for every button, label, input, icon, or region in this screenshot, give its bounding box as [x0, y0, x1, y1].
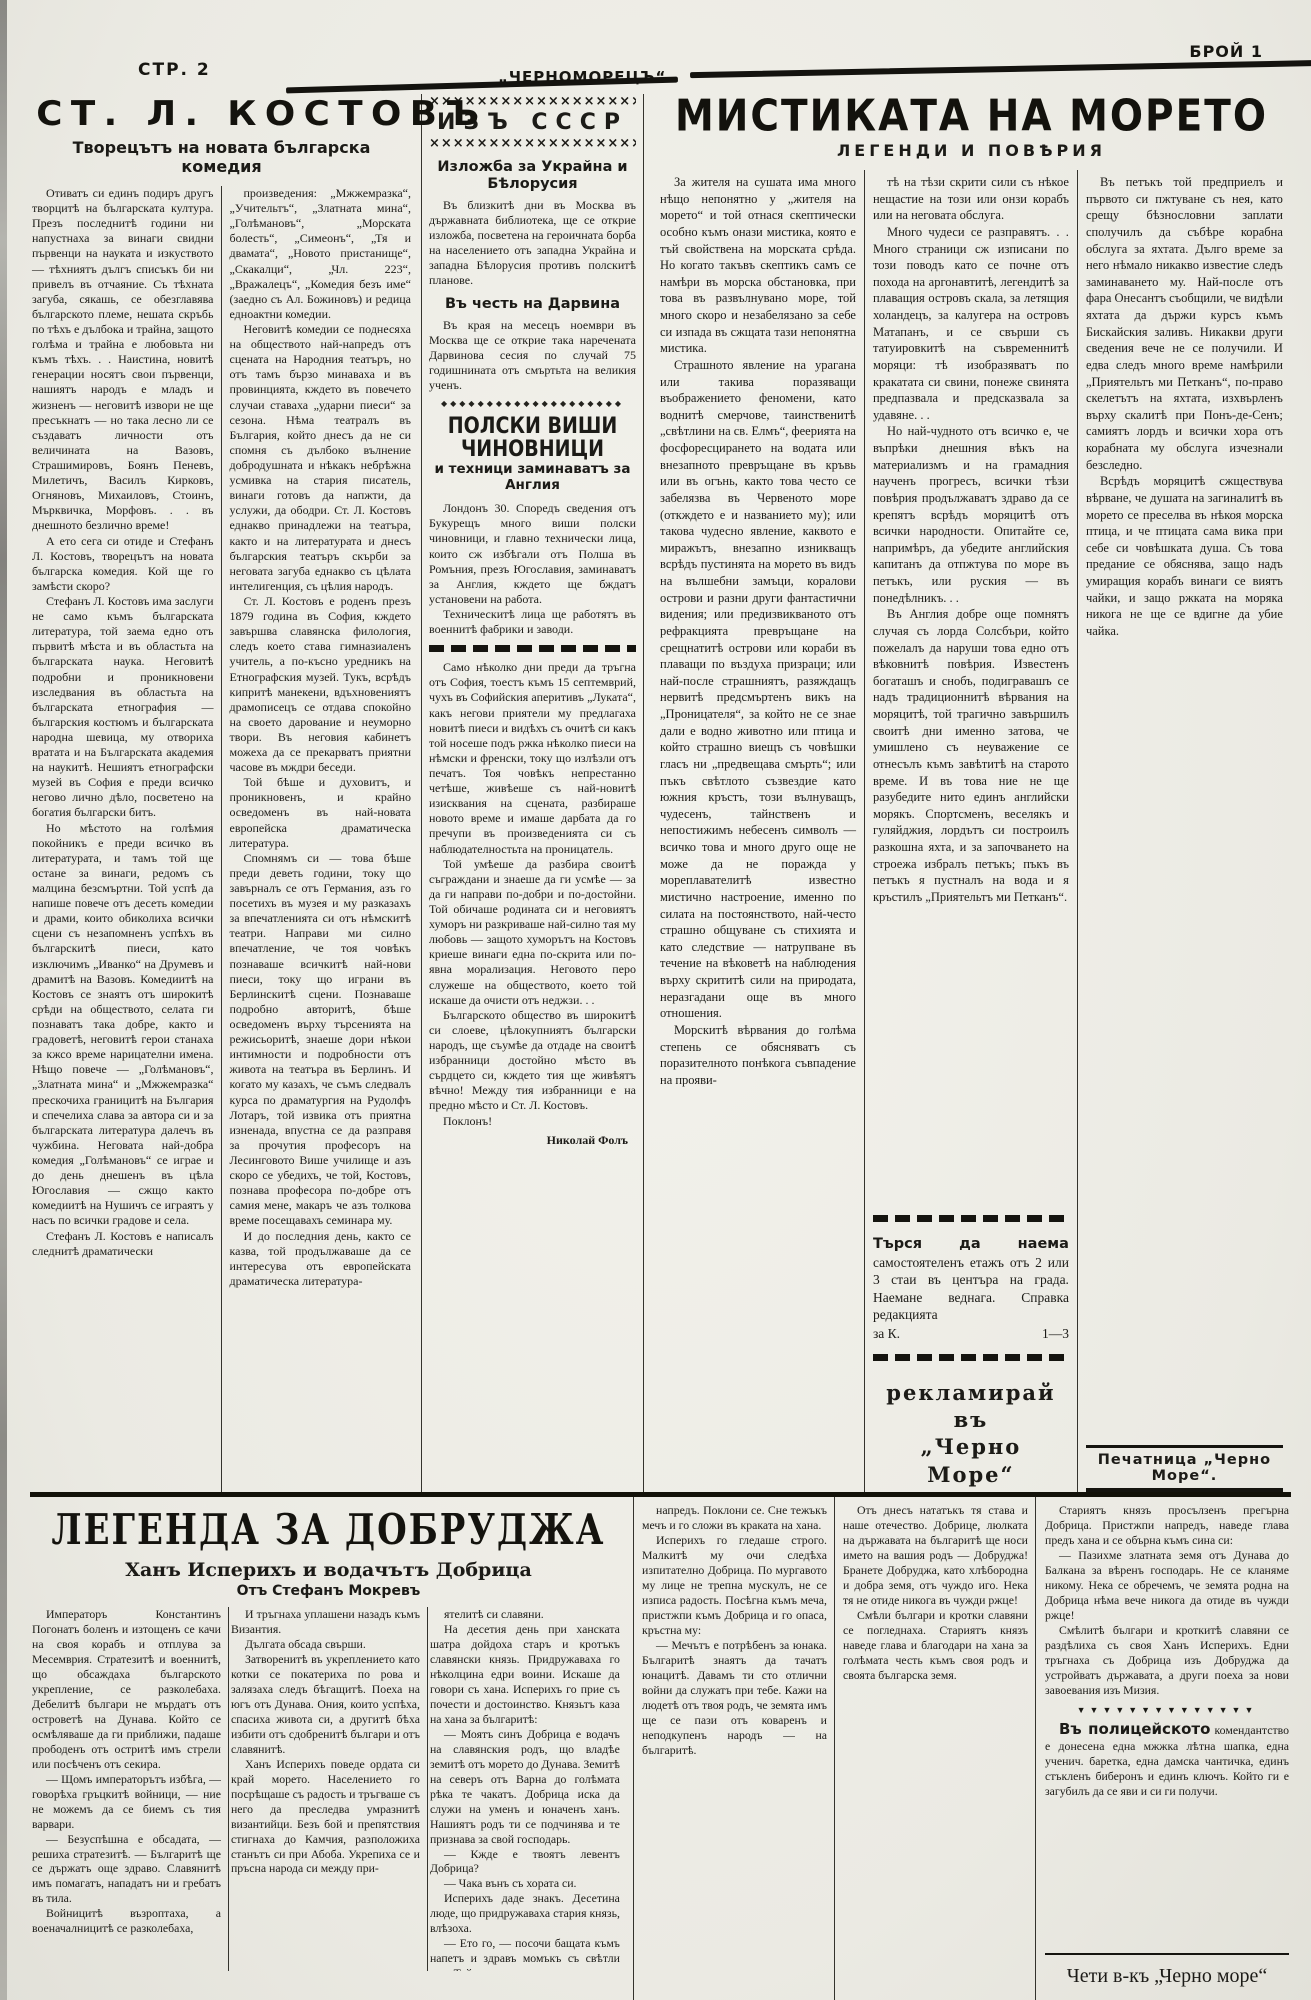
paragraph: Дългата обсада свърши.: [231, 1637, 420, 1652]
kostov-article-title: СТ. Л. КОСТОВЪ: [30, 94, 432, 134]
paragraph: Ст. Л. Костовъ е роденъ презъ 1879 годин…: [230, 594, 412, 775]
paragraph: Въ края на месецъ ноември въ Москва ще с…: [429, 318, 636, 394]
paragraph: Неговитѣ комедии се поднесяха на обществ…: [230, 322, 412, 594]
paragraph: напредъ. Поклони се. Сне тежъкъ мечъ и г…: [642, 1503, 827, 1533]
paragraph: Всрѣдъ моряцитѣ сжществува вѣрване, че д…: [1086, 473, 1283, 639]
article-kostov: СТ. Л. КОСТОВЪ Творецътъ на новата бълга…: [30, 94, 422, 1492]
legenda-right: напредъ. Поклони се. Сне тежъкъ мечъ и г…: [633, 1497, 1035, 2000]
paragraph: И тръгнаха уплашени назадъ къмъ Византия…: [231, 1607, 420, 1637]
bottom-section: ЛЕГЕНДА ЗА ДОБРУДЖА Ханъ Исперихъ и вода…: [30, 1492, 1291, 2000]
legenda-article-title: ЛЕГЕНДА ЗА ДОБРУДЖА: [30, 1495, 627, 1555]
advertise-promo: рекламирай въ „Черно Море“: [873, 1369, 1069, 1492]
paragraph: Но мѣстото на голѣмия покойникъ е преди …: [32, 821, 214, 1229]
ad-body: самостоятеленъ етажъ отъ 2 или 3 стаи въ…: [873, 1255, 1069, 1323]
paragraph: Спомнямъ си — това бѣше преди деветь год…: [230, 851, 412, 1229]
paragraph: — Мечътъ е потрѣбенъ за юнака. Българитѣ…: [642, 1638, 827, 1758]
ussr-item1-body: Въ близкитѣ дни въ Москва въ държавната …: [429, 198, 636, 289]
ussr-item2-body: Въ края на месецъ ноември въ Москва ще с…: [429, 318, 636, 394]
legenda-column-6: Стариятъ князъ просълзенъ прегърна Добри…: [1045, 1503, 1289, 1698]
promo-line-2: „Черно Море“: [873, 1433, 1069, 1488]
kostov-continuation: Само нѣколко дни преди да тръгна отъ Соф…: [429, 660, 636, 1113]
ad-lead: Търся да наема: [873, 1236, 1069, 1252]
paragraph: тѣ на тѣзи скрити сили съ нѣкое нещастие…: [873, 174, 1069, 224]
ad-last-line: за К. 1—3: [873, 1326, 1069, 1346]
paragraph: Само нѣколко дни преди да тръгна отъ Соф…: [429, 660, 636, 856]
paragraph: Въ петъкъ той предприелъ и първото си пж…: [1086, 174, 1283, 473]
paragraph: Той бѣше и духовитъ, и проникновенъ, и к…: [230, 775, 412, 851]
paragraph: Смѣлитѣ българи и кроткитѣ славяни се ра…: [1045, 1623, 1289, 1698]
paragraph: Исперихъ го гледаше строго. Малкитѣ му о…: [642, 1533, 827, 1638]
masthead-rule-right: [690, 60, 1311, 78]
paragraph: Отъ днесъ нататъкъ тя става и наше отече…: [843, 1503, 1028, 1608]
paragraph: Смѣли българи и кротки славяни се поглед…: [843, 1608, 1028, 1683]
ad-border-bottom: [873, 1354, 1069, 1361]
kostov-column-2: произведения: „Мжжемразка“, „Учительтъ“,…: [222, 186, 414, 1492]
paragraph: — Моятъ синъ Добрица е водачъ на славянс…: [430, 1727, 620, 1847]
kostov-columns: Отиватъ си единъ подиръ другъ творцитѣ н…: [30, 186, 413, 1492]
scan-edge-artifact: [0, 0, 7, 2000]
top-section: СТ. Л. КОСТОВЪ Творецътъ на новата бълга…: [30, 94, 1291, 1492]
mistika-column-1-text: За жителя на сушата има много нѣщо непон…: [660, 174, 856, 1088]
police-notice: Въ полицейското комендантство е донесена…: [1045, 1720, 1289, 1799]
legenda-columns: Императоръ Константинъ Погонатъ боленъ и…: [30, 1607, 627, 1971]
ad-contact: за К.: [873, 1326, 900, 1342]
issue-number-label: БРОЙ 1: [1189, 42, 1263, 61]
paragraph: Морскитѣ вѣрвания до голѣма степень се о…: [660, 1022, 856, 1089]
column-ussr: ×××××××××××××××××× ИЗЪ СССР ××××××××××××…: [422, 94, 644, 1492]
ad-code: 1—3: [1042, 1326, 1069, 1342]
page-number-label: СТР. 2: [138, 60, 211, 80]
triangle-divider: ▼▼▼▼▼▼▼▼▼▼▼▼▼▼: [1045, 1698, 1289, 1720]
paragraph: Войницитѣ възроптаха, а военачалницитѣ с…: [32, 1906, 221, 1936]
kostov-signoff: Поклонъ!: [429, 1114, 636, 1129]
legenda-column-3: ятелитѣ си славяни.На десетия день при х…: [428, 1607, 627, 1971]
kostov-column-1: Отиватъ си единъ подиръ другъ творцитѣ н…: [30, 186, 222, 1492]
paragraph: Въ Англия добре още помнятъ случая съ ло…: [873, 606, 1069, 905]
paragraph: Страшното явление на урагана или такива …: [660, 357, 856, 1022]
mistika-article-subtitle: ЛЕГЕНДИ И ПОВѢРИЯ: [652, 139, 1291, 170]
polski-article-subtitle: и техници заминаватъ за Англия: [429, 458, 636, 501]
paragraph: Българското общество въ широкитѣ си слое…: [429, 1008, 636, 1114]
bottom-right-column: Стариятъ князъ просълзенъ прегърна Добри…: [1035, 1497, 1291, 2000]
paragraph: Техническитѣ лица ще работятъ въ военнит…: [429, 607, 636, 637]
masthead: СТР. 2 „ЧЕРНОМОРЕЦЪ“ БРОЙ 1: [30, 42, 1291, 94]
newspaper-page: СТР. 2 „ЧЕРНОМОРЕЦЪ“ БРОЙ 1 СТ. Л. КОСТО…: [0, 0, 1311, 2000]
ussr-box-border-bottom: ××××××××××××××××××: [429, 136, 636, 151]
ad-text: Търся да наема самостоятеленъ етажъ отъ …: [873, 1230, 1069, 1326]
kostov-signature: Николай Фолъ: [429, 1129, 636, 1148]
legenda-column-5: Отъ днесъ нататъкъ тя става и наше отече…: [834, 1497, 1035, 2000]
article-mistika: МИСТИКАТА НА МОРЕТО ЛЕГЕНДИ И ПОВѢРИЯ За…: [644, 94, 1291, 1492]
paragraph: Той умѣеше да разбира своитѣ съграждани …: [429, 857, 636, 1008]
paragraph: ятелитѣ си славяни.: [430, 1607, 620, 1622]
paragraph: Стефанъ Л. Костовъ има заслуги не само к…: [32, 594, 214, 821]
paragraph: И до последния день, както се казва, той…: [230, 1229, 412, 1289]
mistika-column-1: За жителя на сушата има много нѣщо непон…: [652, 170, 865, 1492]
paragraph: Лондонъ 30. Споредъ сведения отъ Букурещ…: [429, 501, 636, 607]
mistika-column-3: Въ петъкъ той предприелъ и първото си пж…: [1078, 170, 1291, 1492]
kostov-article-subtitle: Творецътъ на новата българска комедия: [30, 134, 413, 186]
paragraph: Исперихъ даде знакъ. Десетина люде, що п…: [430, 1891, 620, 1936]
mistika-article-title: МИСТИКАТА НА МОРЕТО: [652, 94, 1291, 142]
paragraph: Много чудеси се разправятъ. . . Много ст…: [873, 224, 1069, 424]
printer-imprint: Печатница „Черно Море“.: [1086, 1445, 1283, 1492]
polski-article-body: Лондонъ 30. Споредъ сведения отъ Букурещ…: [429, 501, 636, 637]
ussr-item1-title: Изложба за Украйна и Бѣлорусия: [429, 151, 636, 198]
paragraph: Стариятъ князъ просълзенъ прегърна Добри…: [1045, 1503, 1289, 1548]
paragraph: — Безуспѣшна е обсадата, — решиха страте…: [32, 1832, 221, 1907]
read-paper-promo: Чети в-къ „Черно море“: [1045, 1953, 1289, 1994]
mistika-columns: За жителя на сушата има много нѣщо непон…: [652, 170, 1291, 1492]
paragraph: — Ето го, — посочи бащата къмъ напетъ и …: [430, 1936, 620, 1971]
paragraph: Въ близкитѣ дни въ Москва въ държавната …: [429, 198, 636, 289]
paragraph: Отиватъ си единъ подиръ другъ творцитѣ н…: [32, 186, 214, 534]
paragraph: — Чака вънъ съ хората си.: [430, 1876, 620, 1891]
ussr-item2-title: Въ честь на Дарвина: [429, 288, 636, 317]
legenda-column-1: Императоръ Константинъ Погонатъ боленъ и…: [30, 1607, 229, 1971]
police-notice-lead: Въ полицейското: [1059, 1720, 1210, 1738]
mistika-column-2-text: тѣ на тѣзи скрити сили съ нѣкое нещастие…: [873, 174, 1069, 906]
legenda-byline: Отъ Стефанъ Мокревъ: [30, 1581, 627, 1607]
paragraph: произведения: „Мжжемразка“, „Учительтъ“,…: [230, 186, 412, 322]
dashed-divider: [429, 645, 636, 652]
paragraph: Но най-чудното отъ всичко е, че въпрѣки …: [873, 423, 1069, 606]
ad-border-top: [873, 1215, 1069, 1222]
legenda-column-2: И тръгнаха уплашени назадъ къмъ Византия…: [229, 1607, 428, 1971]
article-legenda: ЛЕГЕНДА ЗА ДОБРУДЖА Ханъ Исперихъ и вода…: [30, 1497, 1035, 2000]
paragraph: За жителя на сушата има много нѣщо непон…: [660, 174, 856, 357]
paragraph: — Кжде е твоятъ левентъ Добрица?: [430, 1847, 620, 1877]
paragraph: — Пазихме златната земя отъ Дунава до Ба…: [1045, 1548, 1289, 1623]
paragraph: Императоръ Константинъ Погонатъ боленъ и…: [32, 1607, 221, 1772]
paragraph: На десетия день при ханската шатра дойдо…: [430, 1622, 620, 1727]
mistika-column-3-text: Въ петъкъ той предприелъ и първото си пж…: [1086, 174, 1283, 640]
legenda-left: ЛЕГЕНДА ЗА ДОБРУДЖА Ханъ Исперихъ и вода…: [30, 1497, 633, 2000]
classified-ad: Търся да наема самостоятеленъ етажъ отъ …: [873, 1207, 1069, 1492]
paragraph: А ето сега си отиде и Стефанъ Л. Костовъ…: [32, 534, 214, 594]
polski-article-title: ПОЛСКИ ВИШИ ЧИНОВНИЦИ: [429, 407, 636, 462]
paragraph: Затворенитѣ въ укреплението като котки с…: [231, 1652, 420, 1757]
paragraph: Стефанъ Л. Костовъ е написалъ следнитѣ д…: [32, 1229, 214, 1259]
paragraph: — Щомъ императорътъ избѣга, — говорѣха г…: [32, 1772, 221, 1832]
mistika-column-2: тѣ на тѣзи скрити сили съ нѣкое нещастие…: [865, 170, 1078, 1492]
legenda-column-4: напредъ. Поклони се. Сне тежъкъ мечъ и г…: [633, 1497, 834, 2000]
paragraph: Ханъ Исперихъ поведе ордата си край море…: [231, 1757, 420, 1877]
promo-line-1: рекламирай въ: [873, 1379, 1069, 1434]
